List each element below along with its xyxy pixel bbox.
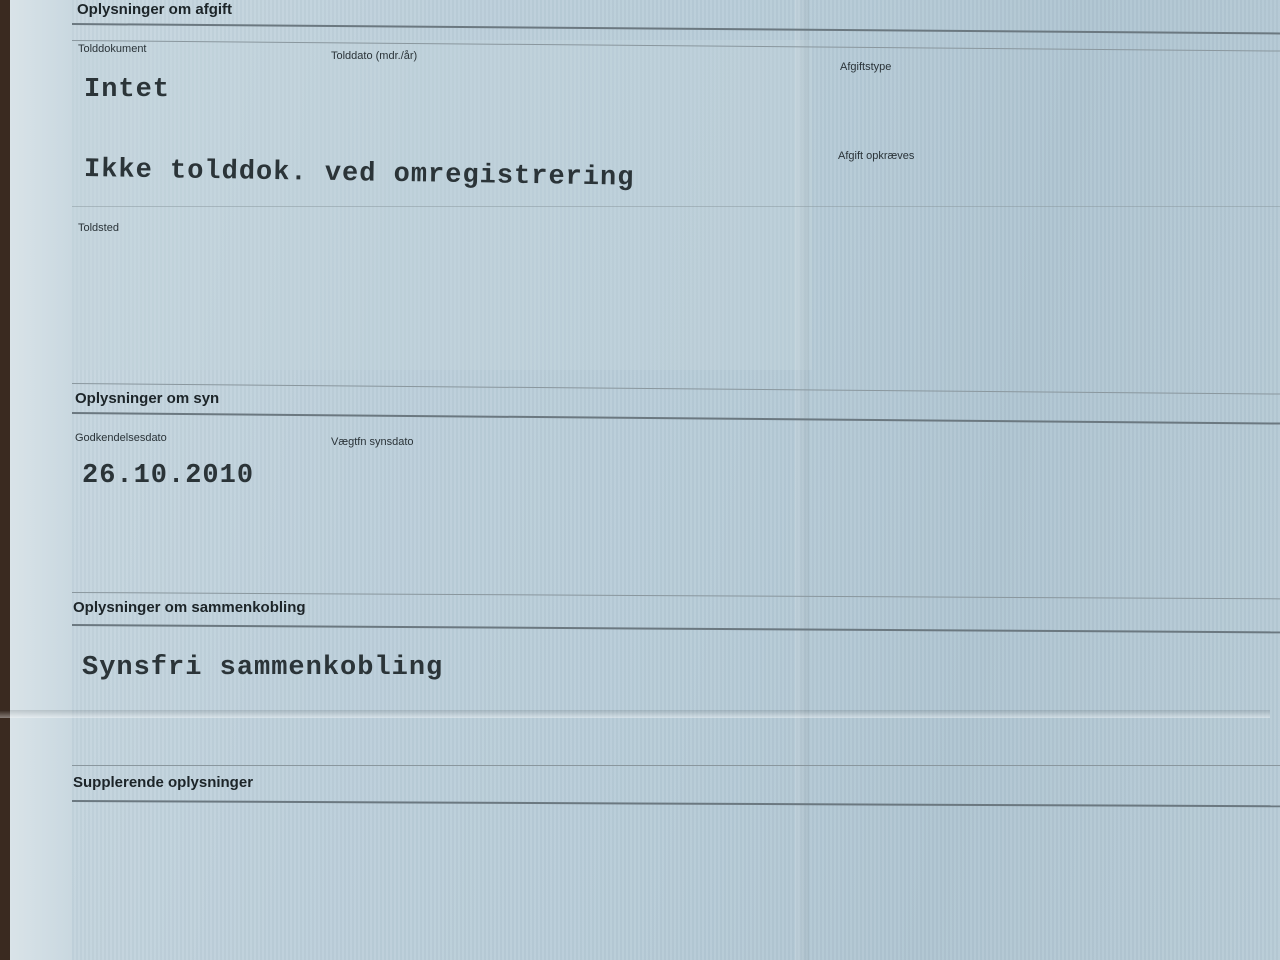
divider <box>72 206 1280 207</box>
value-tolddokument: Intet <box>84 75 170 105</box>
field-block-afgift <box>72 40 812 370</box>
label-godkendelsesdato: Godkendelsesdato <box>75 432 167 444</box>
paper-margin <box>10 0 72 960</box>
fold-vertical <box>795 0 809 960</box>
label-synsdato: Vægtfn synsdato <box>331 436 414 448</box>
label-toldsted: Toldsted <box>78 222 119 234</box>
divider <box>72 765 1280 766</box>
value-godkendelsesdato: 26.10.2010 <box>82 461 254 491</box>
label-afgift-opkraeves: Afgift opkræves <box>838 150 914 162</box>
section-title-afgift: Oplysninger om afgift <box>77 1 232 18</box>
label-afgiftstype: Afgiftstype <box>840 61 891 73</box>
section-title-supplerende: Supplerende oplysninger <box>73 774 253 791</box>
section-title-sammenkobling: Oplysninger om sammenkobling <box>73 599 306 616</box>
fold-horizontal <box>0 710 1270 718</box>
label-tolddato: Tolddato (mdr./år) <box>331 50 417 62</box>
value-sammenkobling: Synsfri sammenkobling <box>82 653 443 683</box>
section-title-syn: Oplysninger om syn <box>75 390 219 407</box>
label-tolddokument: Tolddokument <box>78 43 147 55</box>
